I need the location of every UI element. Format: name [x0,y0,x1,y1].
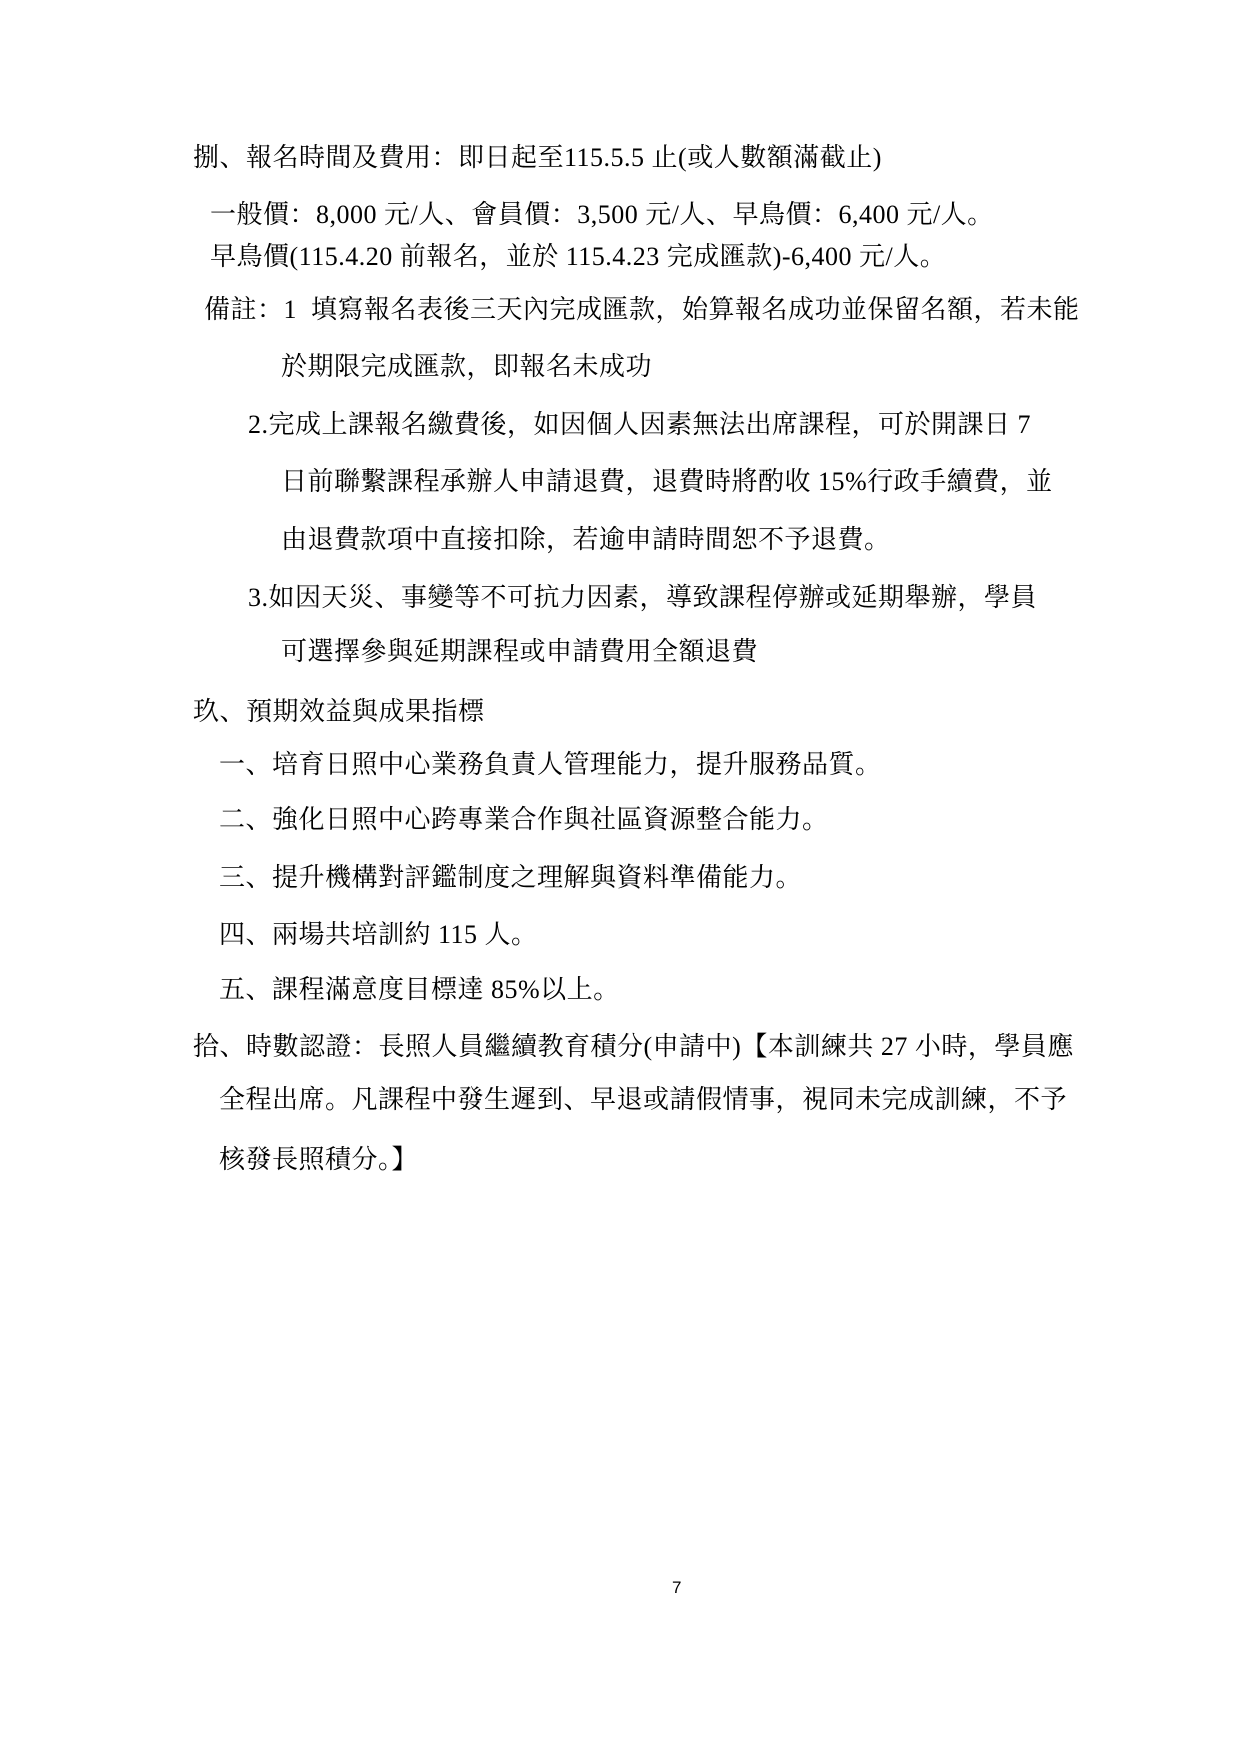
note-3-line-1: 3.如因天災、事變等不可抗力因素，導致課程停辦或延期舉辦，學員 [248,583,1037,613]
section-8-heading: 捌、報名時間及費用：即日起至115.5.5 止(或人數額滿截止) [193,143,882,173]
price-line-general: 一般價：8,000 元/人、會員價：3,500 元/人、早鳥價：6,400 元/… [210,200,994,230]
note-3-line-2: 可選擇參與延期課程或申請費用全額退費 [281,637,758,667]
note-2-line-1: 2.完成上課報名繳費後，如因個人因素無法出席課程，可於開課日 7 [248,410,1031,440]
section-10-line-2: 全程出席。凡課程中發生遲到、早退或請假情事，視同未完成訓練，不予 [219,1085,1067,1115]
outcome-item-3: 三、提升機構對評鑑制度之理解與資料準備能力。 [219,863,802,893]
section-9-heading: 玖、預期效益與成果指標 [193,697,485,727]
outcome-item-5: 五、課程滿意度目標達 85%以上。 [219,975,620,1005]
outcome-item-2: 二、強化日照中心跨專業合作與社區資源整合能力。 [219,805,829,835]
outcome-item-4: 四、兩場共培訓約 115 人。 [219,920,538,950]
price-line-early-bird: 早鳥價(115.4.20 前報名，並於 115.4.23 完成匯款)-6,400… [210,242,946,272]
note-2-line-3: 由退費款項中直接扣除，若逾申請時間恕不予退費。 [281,525,891,555]
section-10-line-3: 核發長照積分。】 [219,1145,418,1175]
document-page: 捌、報名時間及費用：即日起至115.5.5 止(或人數額滿截止) 一般價：8,0… [0,0,1241,1755]
section-10-line-1: 拾、時數認證：長照人員繼續教育積分(申請中)【本訓練共 27 小時，學員應 [193,1032,1074,1062]
outcome-item-1: 一、培育日照中心業務負責人管理能力，提升服務品質。 [219,750,882,780]
note-1-line-2: 於期限完成匯款，即報名未成功 [281,352,652,382]
page-number: 7 [672,1578,681,1598]
note-2-line-2: 日前聯繫課程承辦人申請退費，退費時將酌收 15%行政手續費，並 [281,467,1053,497]
note-1-line-1: 備註：1 填寫報名表後三天內完成匯款，始算報名成功並保留名額，若未能 [204,295,1080,325]
